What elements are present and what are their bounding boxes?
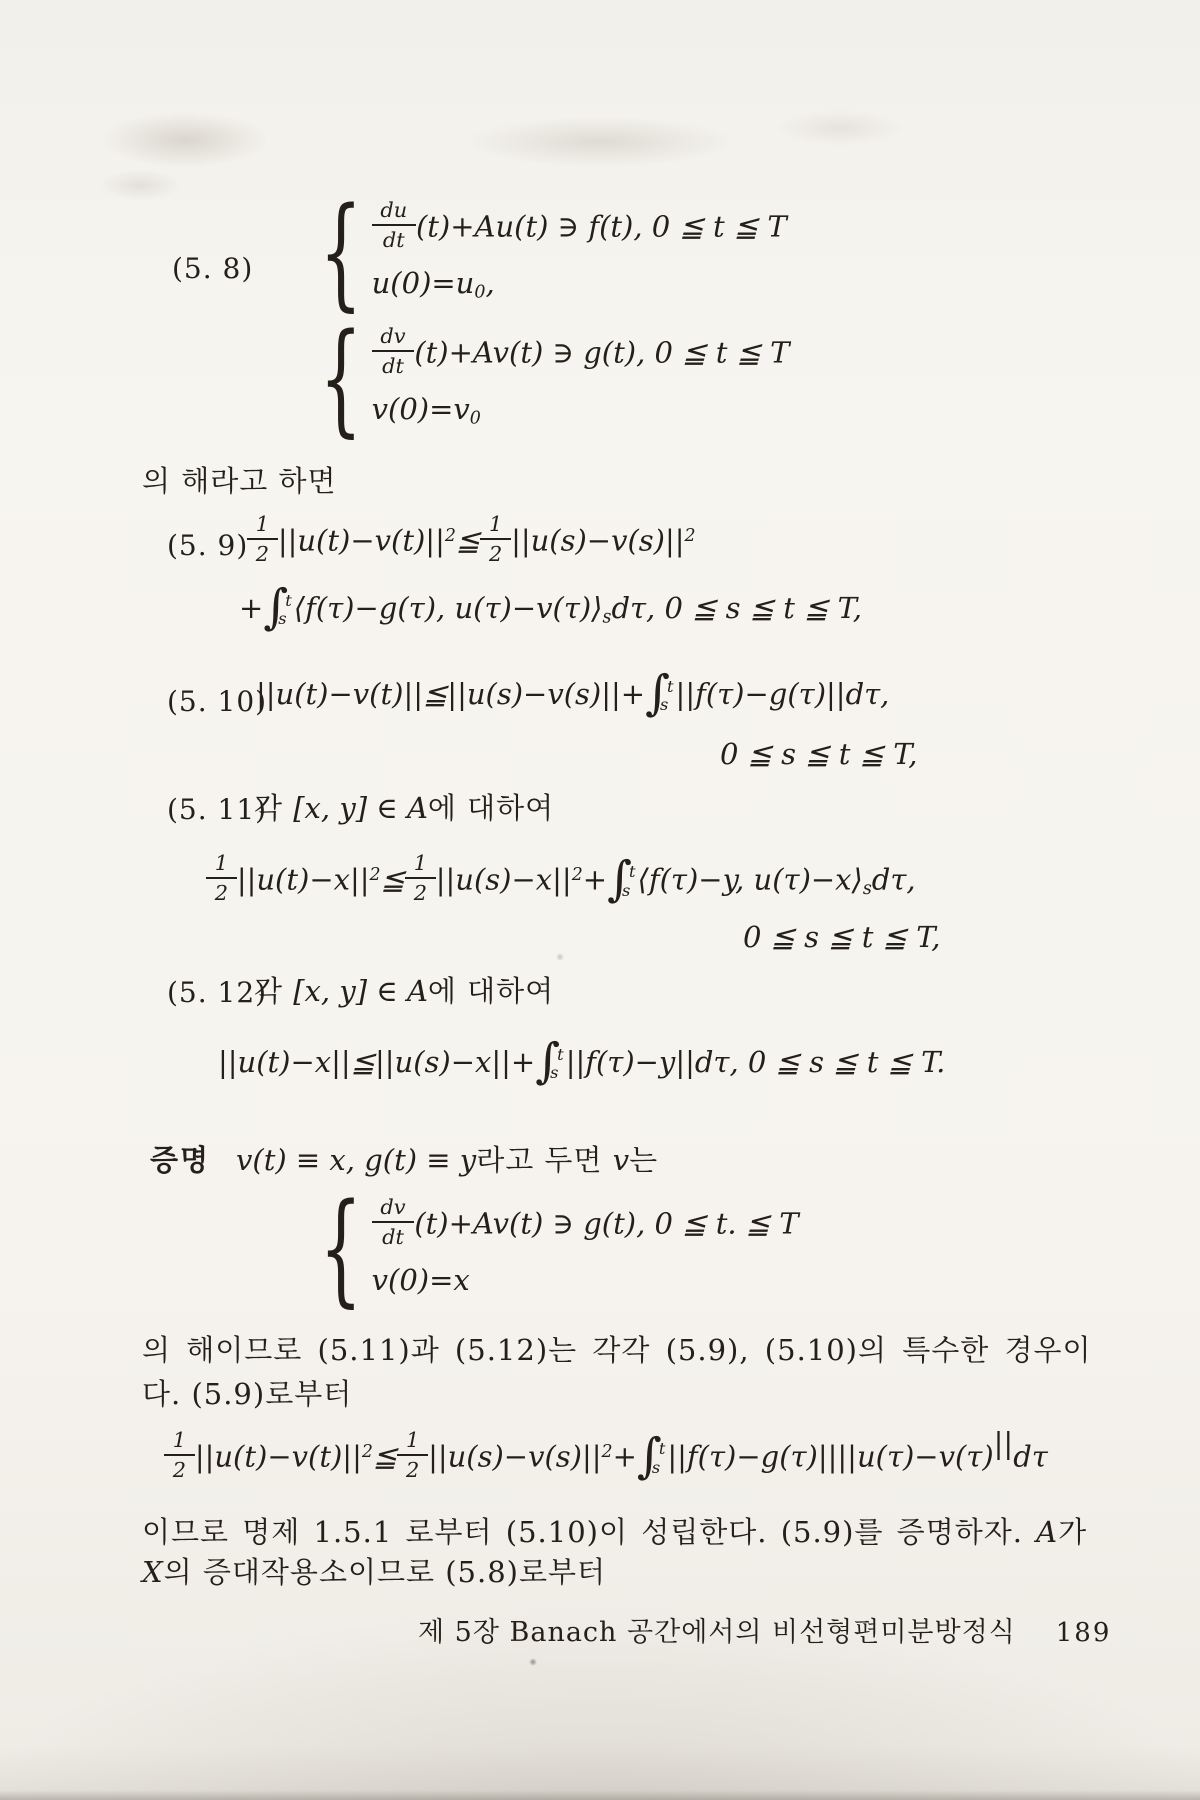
equation-5-11-line-1: 12||u(t)−x||2≦12||u(s)−x||2+∫ts⟨f(τ)−y, … <box>206 855 916 908</box>
page-footer: 제 5장 Banach 공간에서의 비선형편미분방정식 189 <box>418 1610 1111 1649</box>
proof-paragraph-1-line-2: 다. (5.9)로부터 <box>142 1372 352 1413</box>
proof-intro-row: 증명v(t) ≡ x, g(t) ≡ y라고 두면 v는 <box>150 1138 658 1179</box>
equation-5-11-header: 각 [x, y] ∈ A에 대하여 <box>254 792 554 825</box>
book-page: (5. 8) { dudt(t)+Au(t) ∋ f(t), 0 ≦ t ≦ T… <box>0 0 1200 1800</box>
page-number: 189 <box>1056 1618 1112 1648</box>
equation-5-10-line-1: ||u(t)−v(t)||≦||u(s)−v(s)||+∫ts||f(τ)−g(… <box>256 672 889 720</box>
chapter-title: 제 5장 Banach 공간에서의 비선형편미분방정식 <box>418 1610 1016 1649</box>
proof-paragraph-2-line-2: X의 증대작용소이므로 (5.8)로부터 <box>142 1556 606 1589</box>
equation-line: v(0)=x <box>372 1264 799 1297</box>
equation-5-12-header: 각 [x, y] ∈ A에 대하여 <box>254 975 554 1008</box>
equation-5-12-label: (5. 12) <box>167 976 267 1009</box>
equation-line: u(0)=u0, <box>372 267 787 302</box>
paragraph-solutions: 의 해라고 하면 <box>142 459 337 500</box>
proof-intro: v(t) ≡ x, g(t) ≡ y라고 두면 v는 <box>236 1143 658 1177</box>
equation-5-9-line-1: 12||u(t)−v(t)||2≦12||u(s)−v(s)||2 <box>247 516 696 569</box>
equation-line: dvdt(t)+Av(t) ∋ g(t), 0 ≦ t ≦ T <box>372 328 790 381</box>
equation-5-11-constraint: 0 ≦ s ≦ t ≦ T, <box>743 921 941 954</box>
equation-line: dvdt(t)+Av(t) ∋ g(t), 0 ≦ t. ≦ T <box>372 1199 799 1252</box>
proof-heading: 증명 <box>150 1143 210 1177</box>
left-brace: { <box>319 1192 362 1304</box>
equation-5-11-label: (5. 11) <box>167 793 267 826</box>
equation-5-9-line-2: +∫ts⟨f(τ)−g(τ), u(τ)−v(τ)⟩sdτ, 0 ≦ s ≦ t… <box>239 586 862 634</box>
equation-5-8-system-2: { dvdt(t)+Av(t) ∋ g(t), 0 ≦ t ≦ T v(0)=v… <box>302 322 789 434</box>
proof-paragraph-1-line-1: 의 해이므로 (5.11)과 (5.12)는 각각 (5.9), (5.10)의… <box>142 1328 1092 1369</box>
equation-line: dudt(t)+Au(t) ∋ f(t), 0 ≦ t ≦ T <box>372 202 787 255</box>
proof-paragraph-2-line-1: 이므로 명제 1.5.1 로부터 (5.10)이 성립한다. (5.9)를 증명… <box>142 1516 1087 1549</box>
left-brace: { <box>319 196 362 308</box>
equation-5-12-line-1: ||u(t)−x||≦||u(s)−x||+∫ts||f(τ)−y||dτ, 0… <box>218 1040 945 1088</box>
equation-5-10-label: (5. 10) <box>167 685 267 718</box>
equation-5-8-label: (5. 8) <box>172 252 253 285</box>
equation-5-8-system-1: { dudt(t)+Au(t) ∋ f(t), 0 ≦ t ≦ T u(0)=u… <box>302 196 787 308</box>
proof-system: { dvdt(t)+Av(t) ∋ g(t), 0 ≦ t. ≦ T v(0)=… <box>302 1192 799 1304</box>
equation-line: v(0)=v0 <box>372 393 790 428</box>
equation-5-9-label: (5. 9) <box>167 529 248 562</box>
proof-formula: 12||u(t)−v(t)||2≦12||u(s)−v(s)||2+∫ts||f… <box>164 1432 1048 1485</box>
left-brace: { <box>319 322 362 434</box>
equation-5-10-constraint: 0 ≦ s ≦ t ≦ T, <box>720 738 918 771</box>
